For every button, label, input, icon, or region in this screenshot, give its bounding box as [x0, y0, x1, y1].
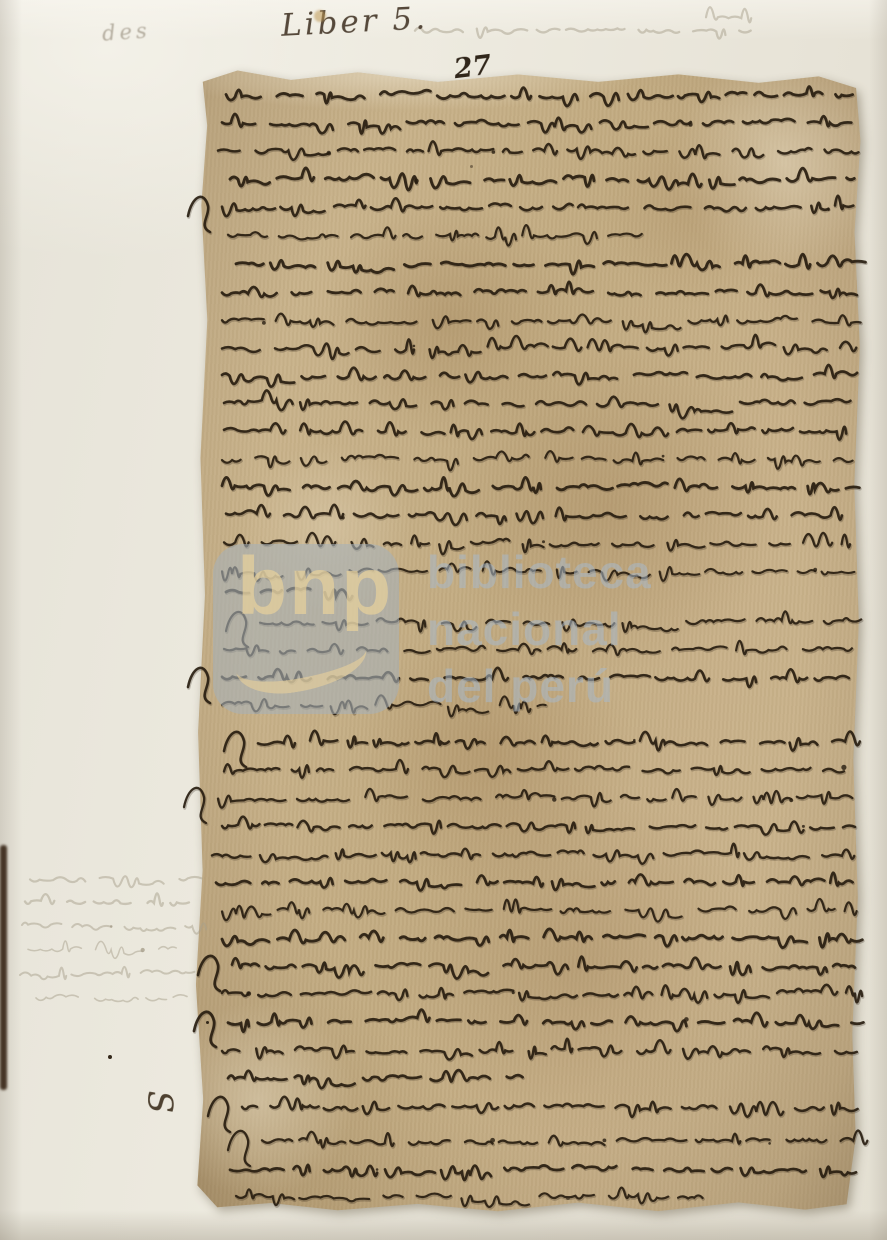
ink-speck	[470, 165, 473, 168]
manuscript-scan: Liber 5. 27 des S bnp biblioteca naciona…	[0, 0, 887, 1240]
paper-stain	[314, 10, 326, 22]
ink-speck	[566, 1196, 570, 1200]
ink-speck	[108, 1055, 112, 1059]
manuscript-leaf-wrap	[194, 70, 862, 1216]
manuscript-leaf	[191, 68, 866, 1218]
book-heading: Liber 5.	[280, 0, 429, 44]
binding-shadow	[0, 845, 7, 1090]
corner-pencil-note: des	[101, 18, 151, 45]
ink-speck	[206, 1021, 209, 1024]
marginal-ink-mark: S	[139, 1090, 180, 1115]
